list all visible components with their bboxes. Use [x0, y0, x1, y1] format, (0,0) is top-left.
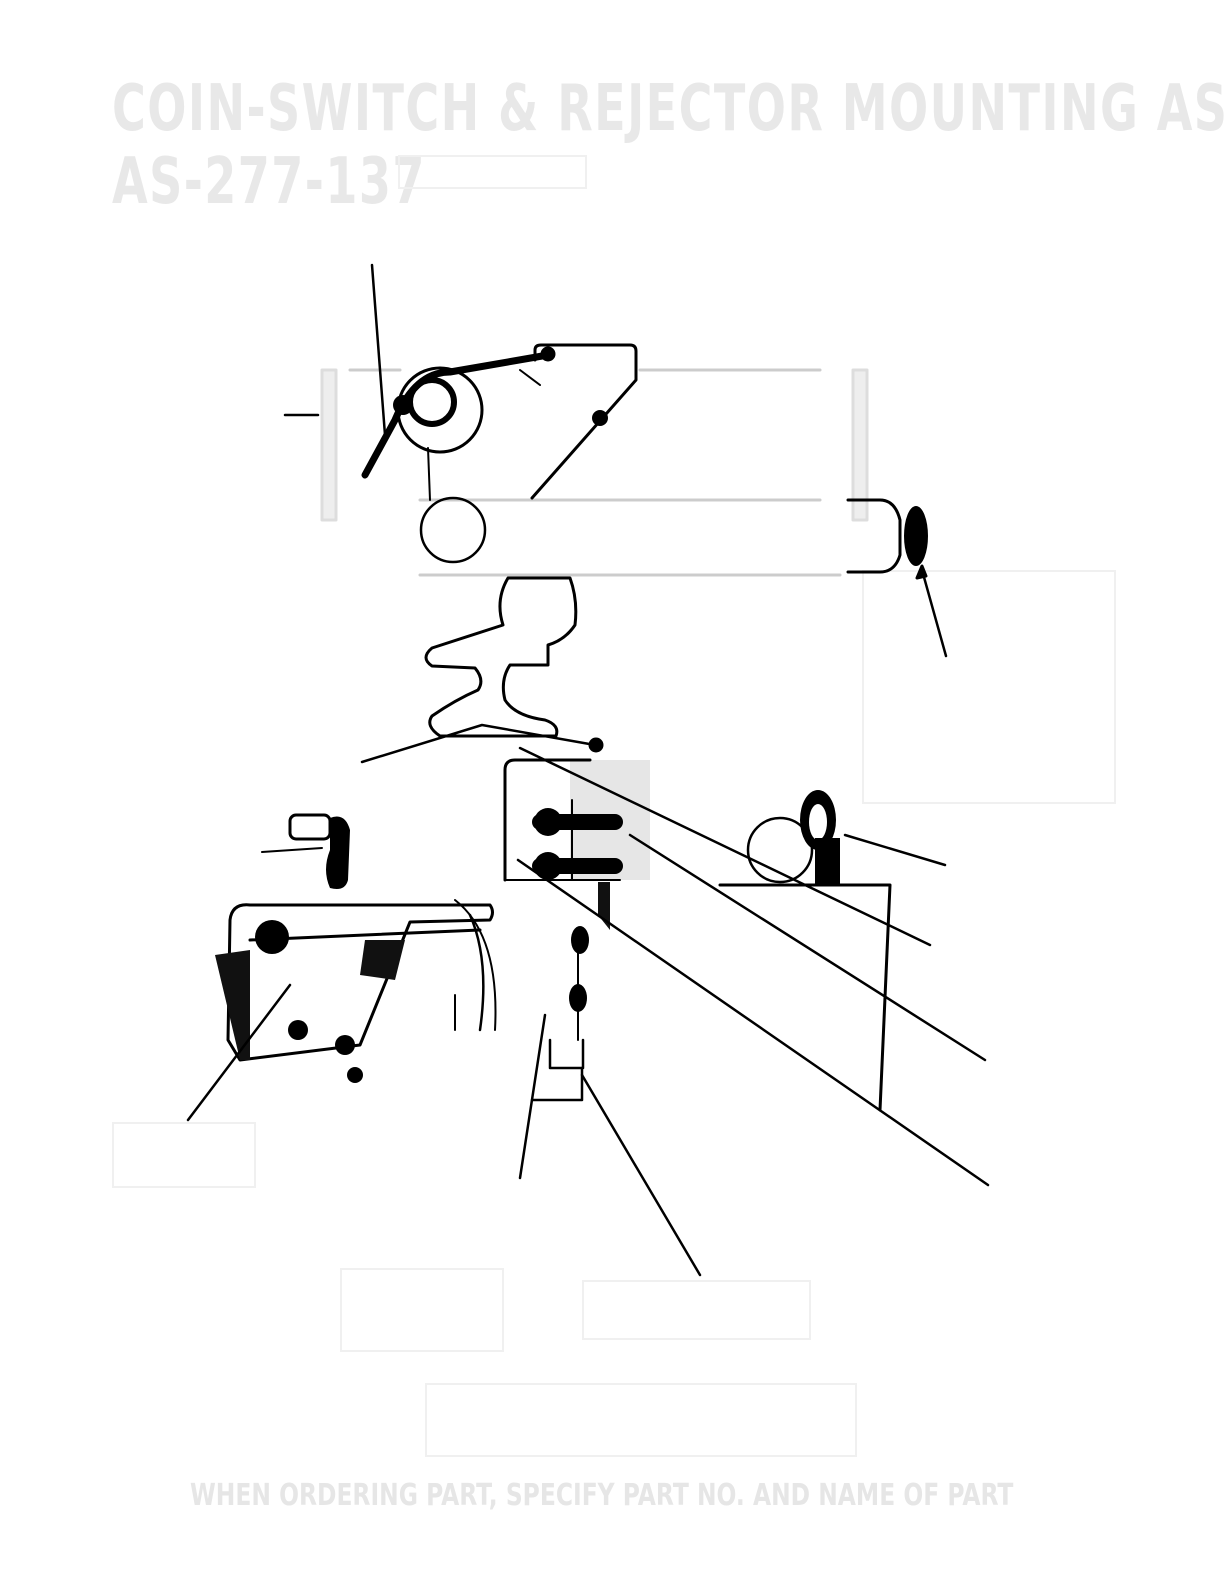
- switch-block: [505, 760, 650, 1100]
- roller: [748, 790, 840, 886]
- wire-link: [362, 725, 595, 762]
- assembly-drawing: [0, 0, 1224, 1584]
- bracket: [532, 345, 636, 498]
- rejector-pawl: [426, 578, 576, 736]
- latch: [262, 815, 350, 889]
- ordering-note: WHEN ORDERING PART, SPECIFY PART NO. AND…: [190, 1478, 1013, 1513]
- micro-switch: [215, 900, 496, 1083]
- housing: [720, 885, 890, 1110]
- knob: [848, 500, 946, 656]
